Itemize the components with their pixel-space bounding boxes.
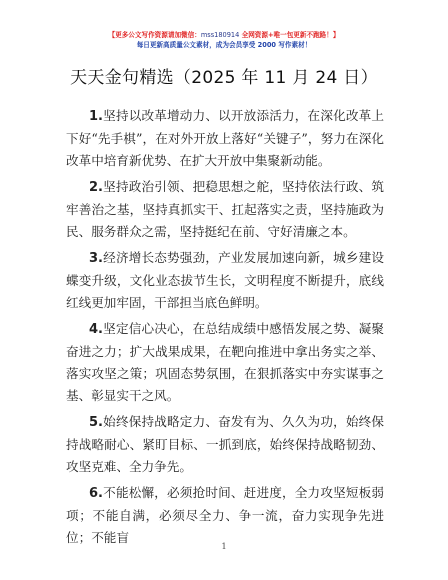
- paragraph-number: 6.: [89, 486, 103, 501]
- paragraph-text: 不能松懈，必须抢时间、赶进度，全力攻坚短板弱项；不能自满，必须尽全力、争一流，奋…: [66, 485, 384, 545]
- paragraph-number: 1.: [89, 109, 103, 124]
- paragraph-5: 5.始终保持战略定力、奋发有为、久久为功，始终保持战略耐心、紧盯目标、一抓到底，…: [66, 411, 384, 478]
- promo-line-2: 每日更新高质量公文素材，成为会员享受 2000 写作素材！: [0, 40, 448, 50]
- paragraph-text: 经济增长态势强劲，产业发展加速向新，城乡建设蝶变升级，文化业态拔节生长，文明程度…: [66, 250, 384, 310]
- paragraph-text: 坚定信心决心，在总结成绩中感悟发展之势、凝聚奋进之力；扩大战果成果，在靶向推进中…: [66, 321, 384, 403]
- promo-line-1-suffix: 全网资源+唯一包更新不跑路！】: [239, 31, 339, 39]
- paragraph-text: 坚持以改革增动力、以开放添活力，在深化改革上下好“先手棋”，在对外开放上落好“关…: [66, 108, 384, 168]
- paragraph-text: 始终保持战略定力、奋发有为、久久为功，始终保持战略耐心、紧盯目标、一抓到底，始终…: [66, 414, 384, 474]
- promo-line-1: 【更多公文写作资源请加微信：mss180914 全网资源+唯一包更新不跑路！】: [0, 30, 448, 40]
- paragraph-number: 4.: [89, 322, 103, 337]
- document-page: 【更多公文写作资源请加微信：mss180914 全网资源+唯一包更新不跑路！】 …: [0, 0, 448, 580]
- paragraph-2: 2.坚持政治引领、把稳思想之舵，坚持依法行政、筑牢善治之基，坚持真抓实干、扛起落…: [66, 176, 384, 243]
- document-body: 1.坚持以改革增动力、以开放添活力，在深化改革上下好“先手棋”，在对外开放上落好…: [66, 105, 384, 553]
- page-number: 1: [0, 542, 448, 551]
- promo-line-1-prefix: 【更多公文写作资源请加微信：: [109, 31, 201, 39]
- document-title: 天天金句精选（2025 年 11 月 24 日）: [0, 66, 448, 90]
- paragraph-text: 坚持政治引领、把稳思想之舵，坚持依法行政、筑牢善治之基，坚持真抓实干、扛起落实之…: [66, 179, 384, 239]
- paragraph-3: 3.经济增长态势强劲，产业发展加速向新，城乡建设蝶变升级，文化业态拔节生长，文明…: [66, 247, 384, 314]
- paragraph-number: 3.: [89, 251, 103, 266]
- paragraph-number: 5.: [89, 415, 103, 430]
- paragraph-4: 4.坚定信心决心，在总结成绩中感悟发展之势、凝聚奋进之力；扩大战果成果，在靶向推…: [66, 318, 384, 407]
- paragraph-6: 6.不能松懈，必须抢时间、赶进度，全力攻坚短板弱项；不能自满，必须尽全力、争一流…: [66, 482, 384, 549]
- paragraph-number: 2.: [89, 180, 103, 195]
- wechat-id: mss180914: [201, 31, 239, 39]
- paragraph-1: 1.坚持以改革增动力、以开放添活力，在深化改革上下好“先手棋”，在对外开放上落好…: [66, 105, 384, 172]
- promo-header: 【更多公文写作资源请加微信：mss180914 全网资源+唯一包更新不跑路！】 …: [0, 30, 448, 50]
